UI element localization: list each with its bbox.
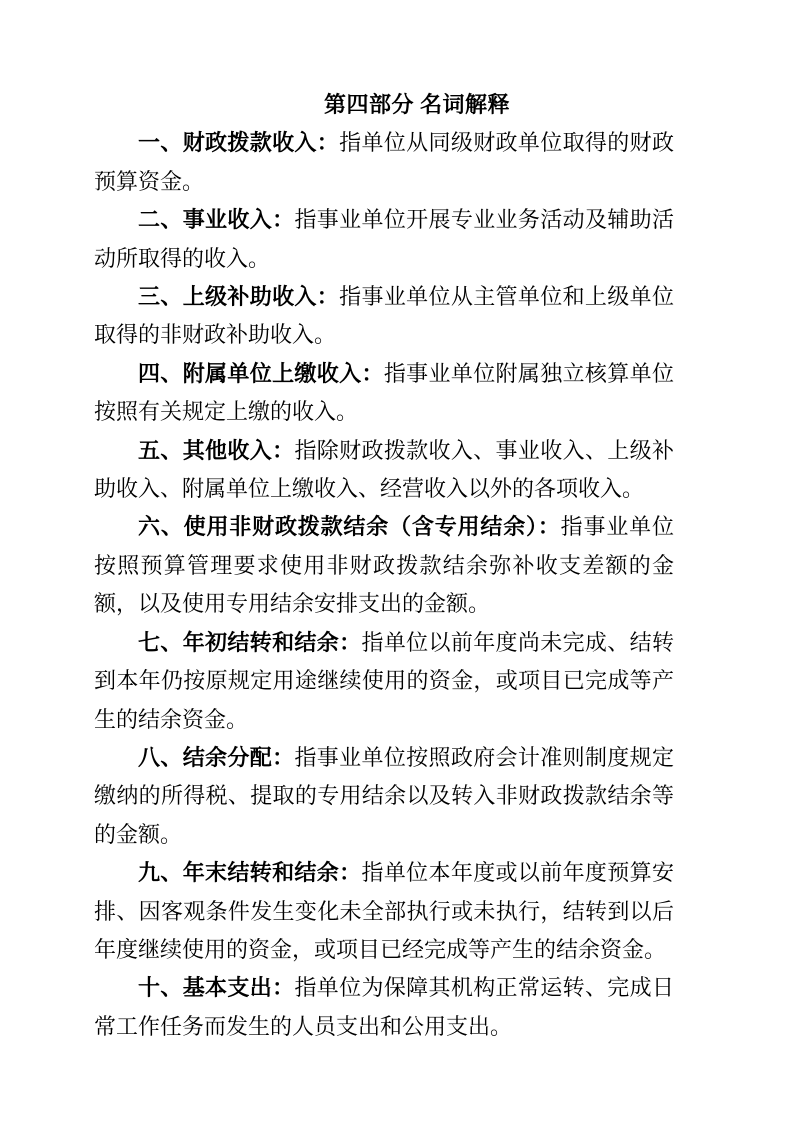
term-paragraph: 九、年末结转和结余：指单位本年度或以前年度预算安排、因客观条件发生变化未全部执行… [94, 854, 674, 969]
term-label: 二、事业收入： [138, 207, 294, 232]
document-title: 第四部分 名词解释 [94, 86, 674, 124]
term-paragraph: 五、其他收入：指除财政拨款收入、事业收入、上级补助收入、附属单位上缴收入、经营收… [94, 432, 674, 509]
document-page: 第四部分 名词解释 一、财政拨款收入：指单位从同级财政单位取得的财政预算资金。 … [0, 0, 793, 1122]
term-paragraph: 六、使用非财政拨款结余（含专用结余）：指事业单位按照预算管理要求使用非财政拨款结… [94, 508, 674, 623]
term-paragraph: 十、基本支出：指单位为保障其机构正常运转、完成日常工作任务而发生的人员支出和公用… [94, 969, 674, 1046]
term-label: 一、财政拨款收入： [138, 130, 339, 155]
term-label: 三、上级补助收入： [138, 284, 339, 309]
term-label: 七、年初结转和结余： [138, 630, 361, 655]
term-paragraph: 七、年初结转和结余：指单位以前年度尚未完成、结转到本年仍按原规定用途继续使用的资… [94, 624, 674, 739]
term-paragraph: 一、财政拨款收入：指单位从同级财政单位取得的财政预算资金。 [94, 124, 674, 201]
term-paragraph: 三、上级补助收入：指事业单位从主管单位和上级单位取得的非财政补助收入。 [94, 278, 674, 355]
term-label: 五、其他收入： [138, 438, 294, 463]
term-label: 六、使用非财政拨款结余（含专用结余）： [138, 514, 561, 539]
term-paragraph: 八、结余分配：指事业单位按照政府会计准则制度规定缴纳的所得税、提取的专用结余以及… [94, 739, 674, 854]
term-paragraph: 二、事业收入：指事业单位开展专业业务活动及辅助活动所取得的收入。 [94, 201, 674, 278]
term-label: 九、年末结转和结余： [138, 860, 361, 885]
term-label: 八、结余分配： [138, 745, 294, 770]
term-paragraph: 四、附属单位上缴收入：指事业单位附属独立核算单位按照有关规定上缴的收入。 [94, 355, 674, 432]
term-label: 四、附属单位上缴收入： [138, 361, 384, 386]
term-label: 十、基本支出： [138, 975, 294, 1000]
document-content: 第四部分 名词解释 一、财政拨款收入：指单位从同级财政单位取得的财政预算资金。 … [94, 0, 674, 1046]
